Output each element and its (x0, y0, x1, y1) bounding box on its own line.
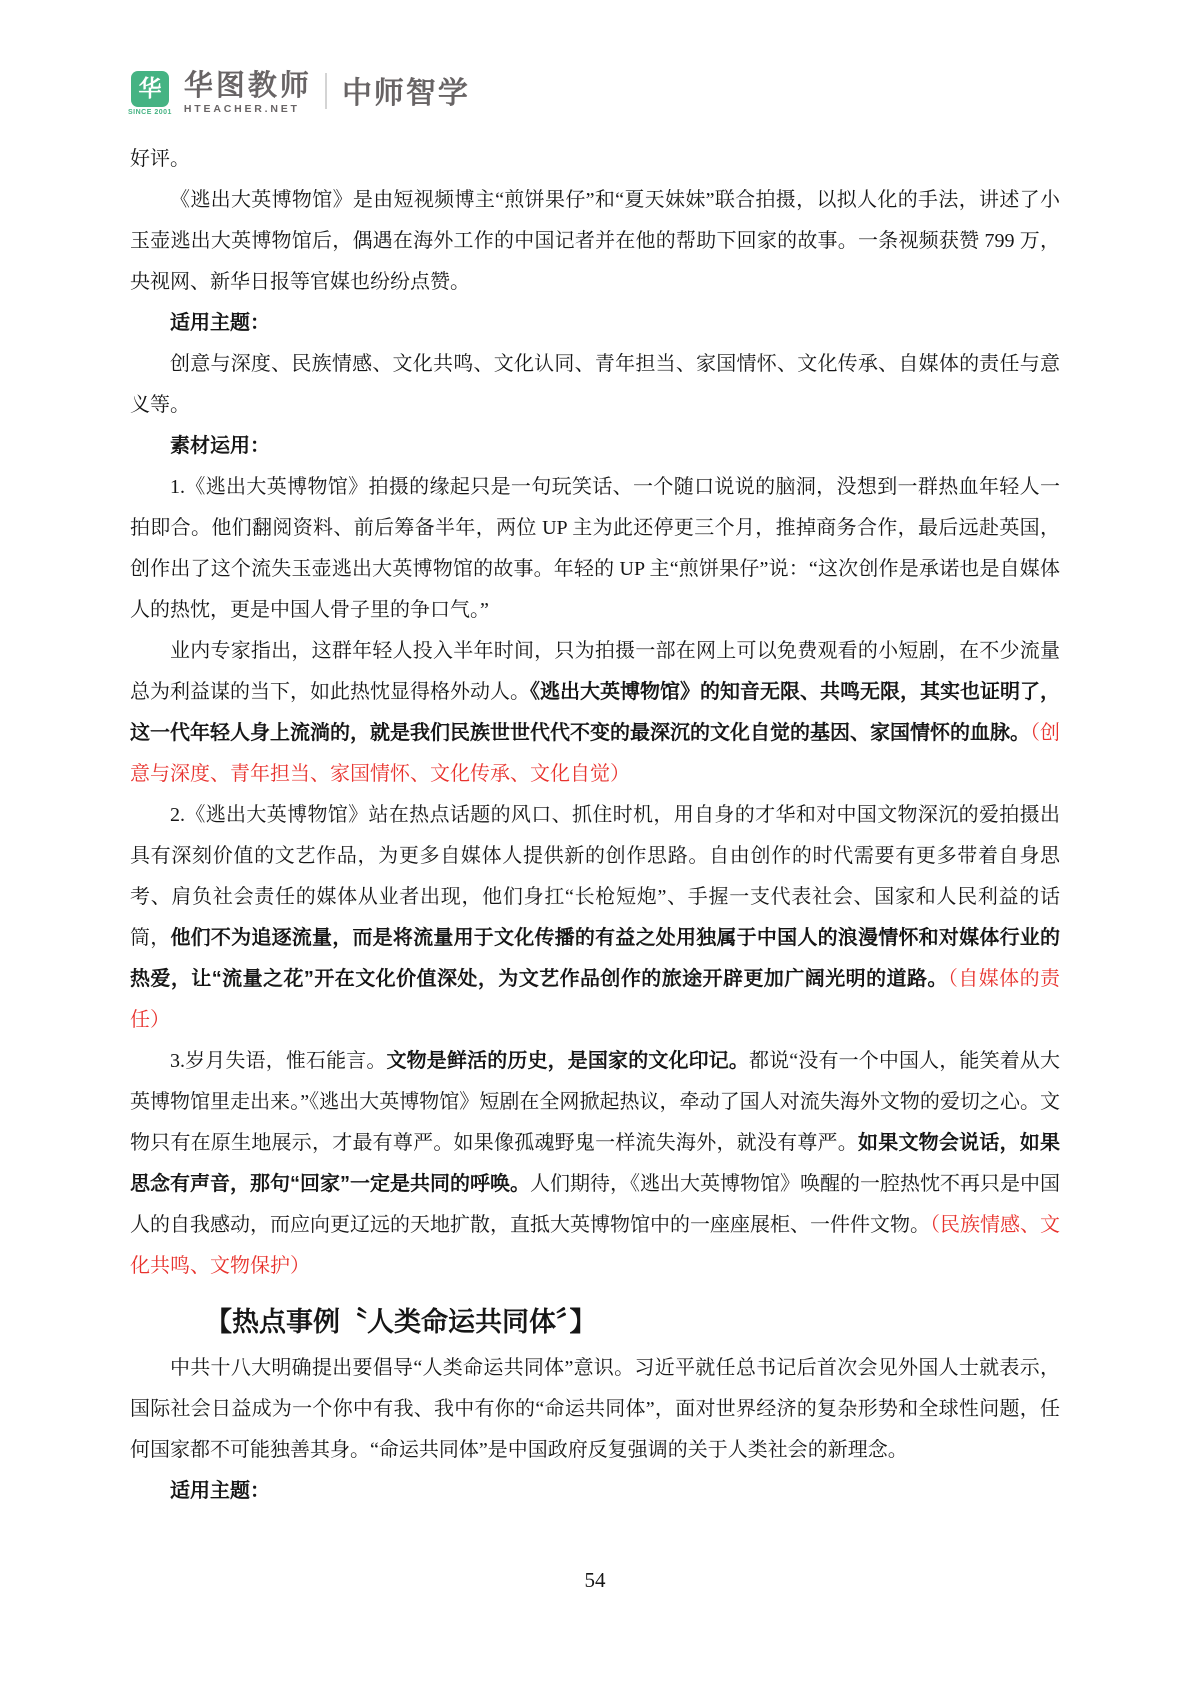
huatu-shield-icon: 华 (131, 71, 169, 107)
paragraph-usage-1b: 业内专家指出，这群年轻人投入半年时间，只为拍摄一部在网上可以免费观看的小短剧，在… (130, 631, 1060, 795)
logo-icon-block: 华 SINCE 2001 (128, 71, 172, 116)
brand-name-cn: 华图教师 (184, 71, 312, 101)
text-run: 3.岁月失语，惟石能言。 (170, 1050, 387, 1072)
paragraph-usage-1: 1.《逃出大英博物馆》拍摄的缘起只是一句玩笑话、一个随口说说的脑洞，没想到一群热… (130, 467, 1060, 631)
section-heading-topics-1: 适用主题： (130, 303, 1060, 344)
bold-text-run: 文物是鲜活的历史，是国家的文化印记。 (387, 1050, 750, 1072)
shield-glyph: 华 (138, 77, 161, 100)
section-heading-topics-2: 适用主题： (130, 1471, 1060, 1512)
paragraph-usage-2: 2.《逃出大英博物馆》站在热点话题的风口、抓住时机，用自身的才华和对中国文物深沉… (130, 795, 1060, 1041)
paragraph-continuation: 好评。 (130, 139, 1060, 180)
paragraph-usage-3: 3.岁月失语，惟石能言。文物是鲜活的历史，是国家的文化印记。都说“没有一个中国人… (130, 1041, 1060, 1287)
hot-topic-heading: 【热点事例〝人类命运共同体〞】 (130, 1296, 1060, 1348)
page-number: 54 (0, 1568, 1190, 1593)
brand-url: HTEACHER.NET (184, 103, 312, 115)
paragraph-topics-list: 创意与深度、民族情感、文化共鸣、文化认同、青年担当、家国情怀、文化传承、自媒体的… (130, 344, 1060, 426)
bold-text-run: 他们不为追逐流量，而是将流量用于文化传播的有益之处用独属于中国人的浪漫情怀和对媒… (130, 927, 1060, 990)
document-page: 华 SINCE 2001 华图教师 HTEACHER.NET 中师智学 好评。 … (0, 0, 1190, 1683)
brand-logo: 华 SINCE 2001 华图教师 HTEACHER.NET 中师智学 (128, 68, 470, 118)
section-heading-usage: 素材运用： (130, 426, 1060, 467)
brand-name-block: 华图教师 HTEACHER.NET (184, 71, 312, 114)
paragraph-community: 中共十八大明确提出要倡导“人类命运共同体”意识。习近平就任总书记后首次会见外国人… (130, 1348, 1060, 1471)
brand-divider (325, 73, 327, 109)
sub-brand-name: 中师智学 (342, 68, 470, 112)
paragraph-intro: 《逃出大英博物馆》是由短视频博主“煎饼果仔”和“夏天妹妹”联合拍摄，以拟人化的手… (130, 180, 1060, 303)
logo-since-label: SINCE 2001 (128, 109, 172, 116)
body-text: 好评。 《逃出大英博物馆》是由短视频博主“煎饼果仔”和“夏天妹妹”联合拍摄，以拟… (130, 139, 1060, 1512)
